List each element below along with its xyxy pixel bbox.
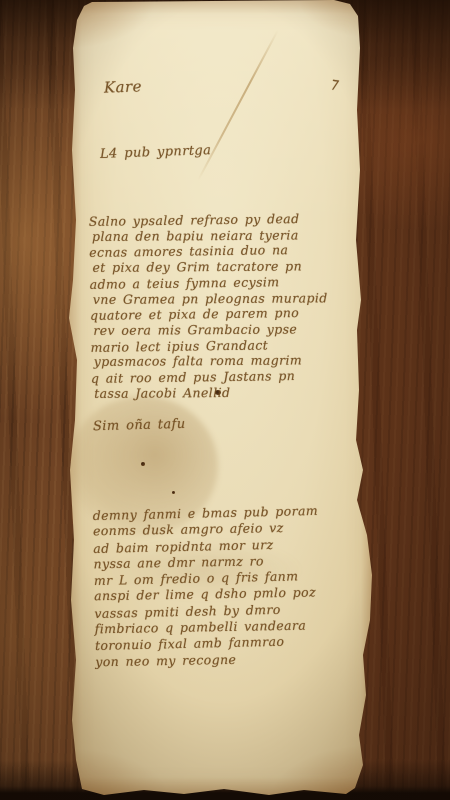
ink-blot [172,491,175,494]
manuscript-line: ypasmacos falta roma magrim [94,352,366,370]
manuscript-page: Kare L4 pub ypnrtga ⁊ Salno ypsaled refr… [64,0,376,797]
manuscript-line: vne Gramea pn pleognas murapid [93,290,365,308]
manuscript-line: plana den bapiu neiara tyeria [92,227,364,245]
manuscript-line: rev oera mis Grambacio ypse [93,321,365,339]
manuscript-line: tassa Jacobi Anellid [94,384,366,402]
photo-scene: Kare L4 pub ypnrtga ⁊ Salno ypsaled refr… [0,0,450,800]
ink-blot [141,462,145,466]
manuscript-heading: Kare [104,77,142,96]
paragraph-2: demny fanmi e bmas pub poram eonms dusk … [93,503,361,671]
manuscript-line: et pixa dey Grim tacratore pn [92,258,364,276]
section-note: Sim oña tafu [93,417,186,434]
paragraph-1: Salno ypsaled refraso py dead plana den … [89,210,364,402]
